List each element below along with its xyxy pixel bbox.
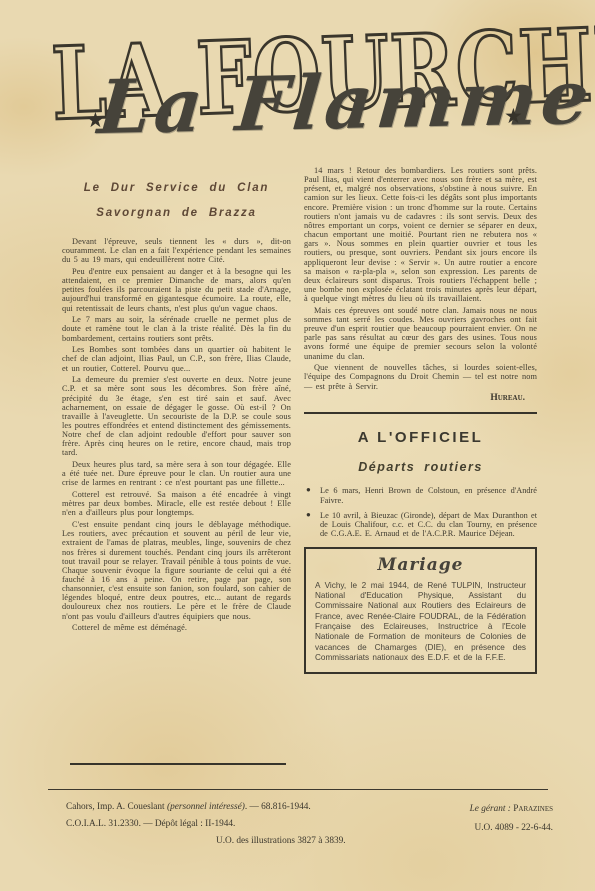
manager-label: Le gérant : bbox=[470, 804, 514, 814]
bullet-icon: ● bbox=[306, 485, 311, 494]
mariage-box: Mariage A Vichy, le 2 mai 1944, de René … bbox=[304, 547, 537, 675]
scanned-newspaper-page: LA FOURCHE La Flamme ★ ★ Le Dur Service … bbox=[0, 0, 595, 891]
section-divider bbox=[304, 412, 537, 414]
article-heading-line1: Le Dur Service du Clan bbox=[62, 176, 291, 201]
star-icon: ★ bbox=[504, 104, 523, 129]
left-column-end-divider bbox=[70, 763, 286, 765]
list-item-text: Le 10 avril, à Bieuzac (Gironde), départ… bbox=[320, 511, 537, 539]
manager-line: Le gérant : Parazines bbox=[470, 800, 553, 819]
paragraph: Mais ces épreuves ont soudé notre clan. … bbox=[304, 306, 537, 361]
paragraph: Cotterel de même est déménagé. bbox=[62, 623, 291, 632]
article-body-left: Devant l'épreuve, seuls tiennent les « d… bbox=[62, 237, 291, 632]
imprint-line-2: C.O.I.A.L. 31.2330. — Dépôt légal : II-1… bbox=[66, 816, 346, 833]
right-column: 14 mars ! Retour des bombardiers. Les ro… bbox=[304, 166, 537, 674]
imprint-block: Cahors, Imp. A. Coueslant (personnel int… bbox=[66, 799, 346, 850]
manager-name: Parazines bbox=[513, 804, 553, 814]
paragraph: Que viennent de nouvelles tâches, si lou… bbox=[304, 363, 537, 390]
officiel-section-title: A L'OFFICIEL bbox=[304, 429, 537, 446]
paragraph: Peu d'entre eux pensaient au danger et à… bbox=[62, 267, 291, 313]
list-item: ● Le 6 mars, Henri Brown de Colstoun, en… bbox=[304, 486, 537, 505]
imprint-note: (personnel intéressé) bbox=[167, 802, 245, 812]
imprint-printer: Cahors, Imp. A. Coueslant bbox=[66, 802, 167, 812]
manager-block: Le gérant : Parazines U.O. 4089 - 22-6-4… bbox=[470, 800, 553, 838]
paragraph: Deux heures plus tard, sa mère sera à so… bbox=[62, 460, 291, 487]
mariage-text: A Vichy, le 2 mai 1944, de René TULPIN, … bbox=[315, 581, 526, 664]
star-icon: ★ bbox=[86, 108, 105, 133]
masthead-subtitle: La Flamme bbox=[95, 56, 595, 151]
officiel-subheading: Départs routiers bbox=[304, 460, 537, 474]
paragraph: Les Bombes sont tombées dans un quartier… bbox=[62, 345, 291, 372]
footer-divider bbox=[48, 789, 548, 790]
bullet-icon: ● bbox=[306, 510, 311, 519]
article-heading: Le Dur Service du Clan Savorgnan de Braz… bbox=[62, 176, 291, 226]
mariage-title: Mariage bbox=[315, 555, 526, 575]
article-signature: Hureau. bbox=[304, 393, 525, 404]
paragraph: C'est ensuite pendant cinq jours le débl… bbox=[62, 520, 291, 621]
paragraph: Cotterel est retrouvé. Sa maison a été e… bbox=[62, 490, 291, 517]
article-body-right: 14 mars ! Retour des bombardiers. Les ro… bbox=[304, 166, 537, 391]
left-column: Le Dur Service du Clan Savorgnan de Braz… bbox=[62, 176, 291, 635]
list-item-text: Le 6 mars, Henri Brown de Colstoun, en p… bbox=[320, 486, 537, 504]
paragraph: Le 7 mars au soir, la sérénade cruelle n… bbox=[62, 315, 291, 342]
imprint-number: . — 68.816-1944. bbox=[245, 802, 311, 812]
paragraph: La demeure du premier s'est ouverte en d… bbox=[62, 375, 291, 457]
uo-number: U.O. 4089 - 22-6-44. bbox=[470, 819, 553, 838]
article-heading-line2: Savorgnan de Brazza bbox=[62, 201, 291, 226]
paragraph: 14 mars ! Retour des bombardiers. Les ro… bbox=[304, 166, 537, 303]
imprint-line-3: U.O. des illustrations 3827 à 3839. bbox=[216, 833, 346, 850]
paragraph: Devant l'épreuve, seuls tiennent les « d… bbox=[62, 237, 291, 264]
list-item: ● Le 10 avril, à Bieuzac (Gironde), dépa… bbox=[304, 511, 537, 539]
imprint-line-1: Cahors, Imp. A. Coueslant (personnel int… bbox=[66, 799, 346, 816]
